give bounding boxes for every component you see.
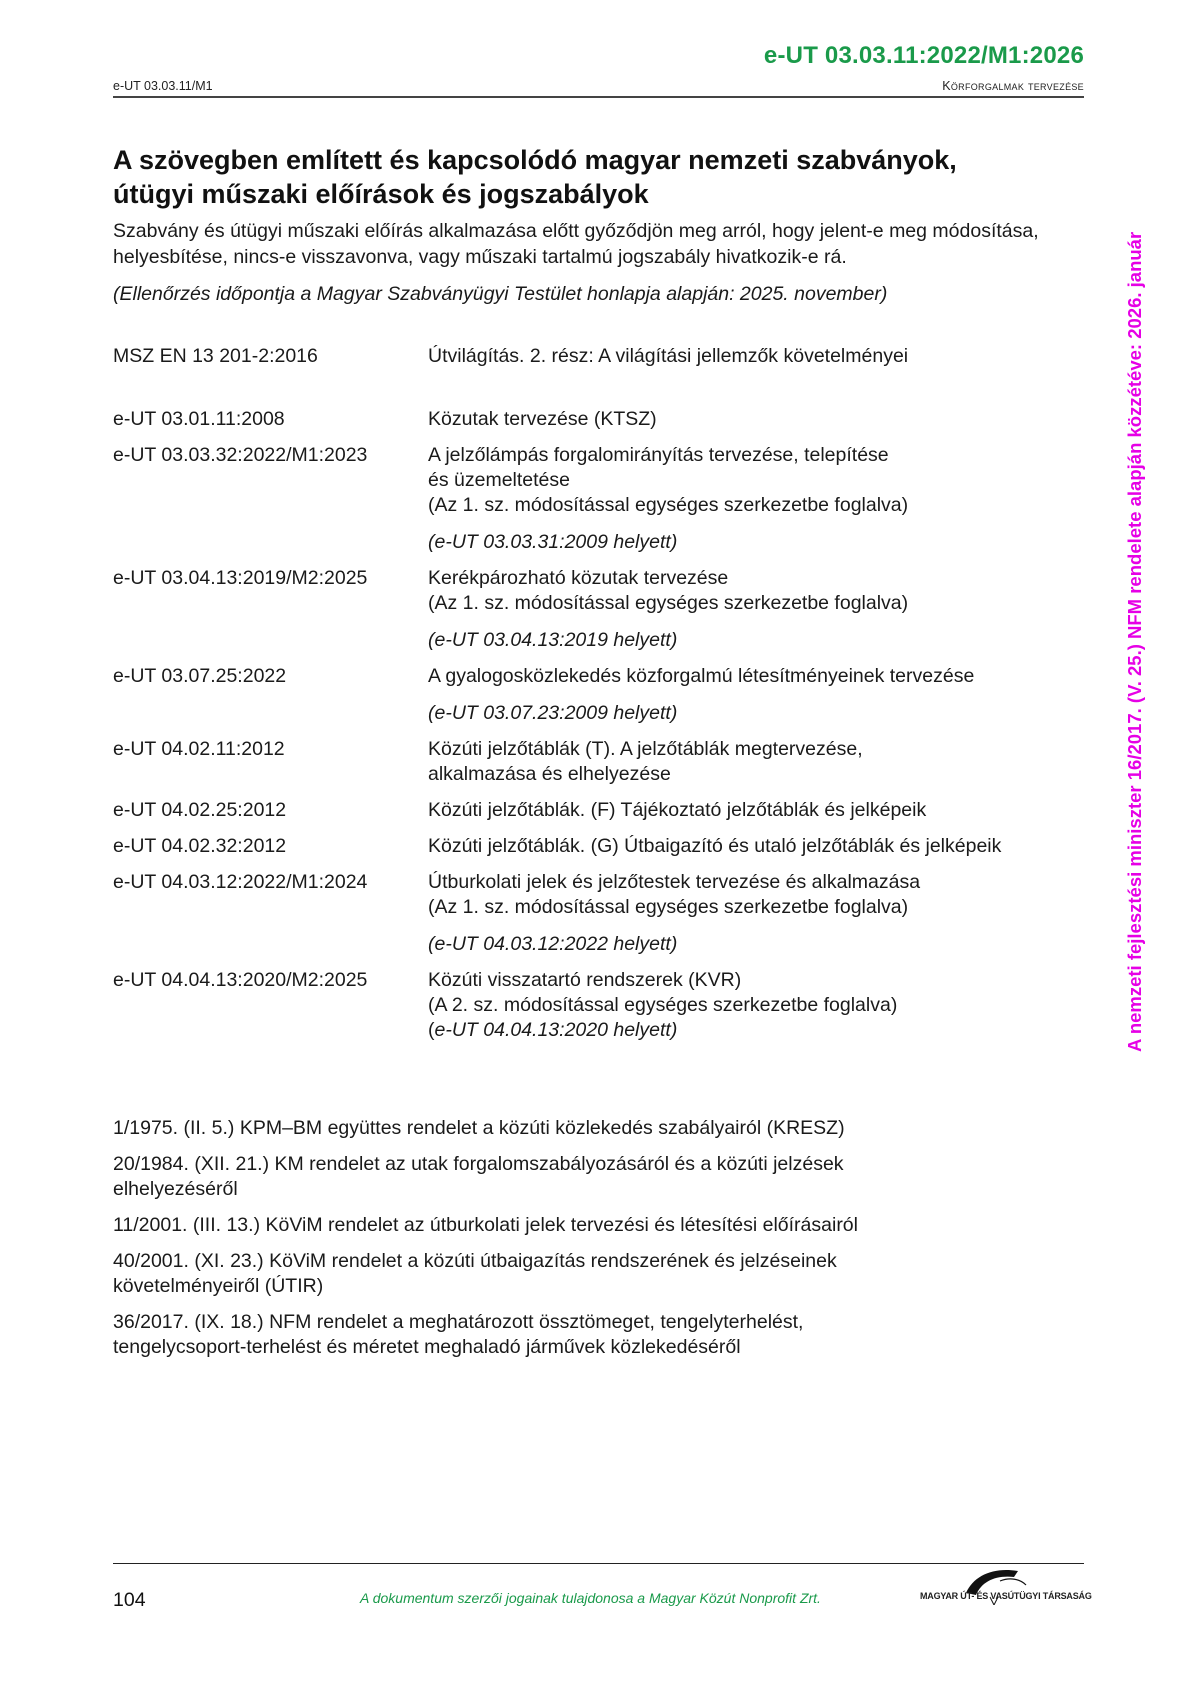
- standard-code: e-UT 04.02.32:2012: [113, 834, 428, 859]
- standard-description: Útburkolati jelek és jelzőtestek tervezé…: [428, 870, 1103, 957]
- standard-row: e-UT 03.07.25:2022 A gyalogosközlekedés …: [113, 664, 1103, 726]
- standard-code: e-UT 04.04.13:2020/M2:2025: [113, 968, 428, 1043]
- regulation-item: 40/2001. (XI. 23.) KöViM rendelet a közú…: [113, 1249, 903, 1299]
- regulation-item: 36/2017. (IX. 18.) NFM rendelet a meghat…: [113, 1310, 883, 1360]
- section-intro: Szabvány és útügyi műszaki előírás alkal…: [113, 218, 1088, 270]
- standard-replaces: (e-UT 03.04.13:2019 helyett): [428, 628, 1103, 653]
- standard-code: e-UT 04.02.25:2012: [113, 798, 428, 823]
- standard-row: e-UT 04.02.25:2012 Közúti jelzőtáblák. (…: [113, 798, 1103, 823]
- publication-side-note: A nemzeti fejlesztési miniszter 16/2017.…: [1124, 232, 1146, 1052]
- standard-note-line: (Az 1. sz. módosítással egységes szerkez…: [428, 591, 1103, 616]
- standard-title-line: A gyalogosközlekedés közforgalmú létesít…: [428, 664, 1103, 689]
- standard-row: e-UT 04.02.32:2012 Közúti jelzőtáblák. (…: [113, 834, 1103, 859]
- standard-note-line: (A 2. sz. módosítással egységes szerkeze…: [428, 993, 1103, 1018]
- standard-description: Közúti jelzőtáblák. (F) Tájékoztató jelz…: [428, 798, 1103, 823]
- copyright-notice: A dokumentum szerzői jogainak tulajdonos…: [360, 1590, 821, 1606]
- standard-description: Kerékpározható közutak tervezése (Az 1. …: [428, 566, 1103, 653]
- standard-title-line: Útvilágítás. 2. rész: A világítási jelle…: [428, 344, 1103, 369]
- header-right-label: Körforgalmak tervezése: [942, 79, 1084, 93]
- standard-description: Közúti jelzőtáblák (T). A jelzőtáblák me…: [428, 737, 1103, 787]
- check-date-note: (Ellenőrzés időpontja a Magyar Szabványü…: [113, 283, 1088, 306]
- standard-code: e-UT 03.04.13:2019/M2:2025: [113, 566, 428, 653]
- standard-replaces: (e-UT 04.04.13:2020 helyett): [428, 1018, 1103, 1043]
- regulation-item: 11/2001. (III. 13.) KöViM rendelet az út…: [113, 1213, 1013, 1238]
- footer-divider: [113, 1563, 1084, 1564]
- standard-title-line: Közúti visszatartó rendszerek (KVR): [428, 968, 1103, 993]
- standard-row: e-UT 04.03.12:2022/M1:2024 Útburkolati j…: [113, 870, 1103, 957]
- standard-row: MSZ EN 13 201-2:2016 Útvilágítás. 2. rés…: [113, 344, 1103, 369]
- standard-replaces: (e-UT 04.03.12:2022 helyett): [428, 932, 1103, 957]
- regulations-list: 1/1975. (II. 5.) KPM–BM együttes rendele…: [113, 1116, 1013, 1371]
- standard-title-line: Közúti jelzőtáblák. (F) Tájékoztató jelz…: [428, 798, 1103, 823]
- standard-code: e-UT 03.07.25:2022: [113, 664, 428, 726]
- standard-title-line: Útburkolati jelek és jelzőtestek tervezé…: [428, 870, 1103, 895]
- document-code: e-UT 03.03.11:2022/M1:2026: [764, 42, 1084, 70]
- standard-title-line: Kerékpározható közutak tervezése: [428, 566, 1103, 591]
- standard-code: e-UT 04.03.12:2022/M1:2024: [113, 870, 428, 957]
- society-logo: MAGYAR ÚT- ÉS VASÚTÜGYI TÁRSASÁG: [920, 1565, 1090, 1613]
- regulation-item: 20/1984. (XII. 21.) KM rendelet az utak …: [113, 1152, 903, 1202]
- standard-code: e-UT 03.01.11:2008: [113, 407, 428, 432]
- standard-row: e-UT 03.03.32:2022/M1:2023 A jelzőlámpás…: [113, 443, 1103, 555]
- page-number: 104: [113, 1589, 146, 1612]
- standard-title-line: Közúti jelzőtáblák (T). A jelzőtáblák me…: [428, 737, 1103, 762]
- standard-row: e-UT 04.04.13:2020/M2:2025 Közúti vissza…: [113, 968, 1103, 1043]
- standard-title-line: A jelzőlámpás forgalomirányítás tervezés…: [428, 443, 1103, 468]
- standard-description: A gyalogosközlekedés közforgalmú létesít…: [428, 664, 1103, 726]
- standard-replaces: (e-UT 03.03.31:2009 helyett): [428, 530, 1103, 555]
- standard-row: e-UT 03.04.13:2019/M2:2025 Kerékpározhat…: [113, 566, 1103, 653]
- header-divider: [113, 96, 1084, 98]
- standard-code: e-UT 04.02.11:2012: [113, 737, 428, 787]
- standard-title-line: Közutak tervezése (KTSZ): [428, 407, 1103, 432]
- standard-description: Közúti visszatartó rendszerek (KVR) (A 2…: [428, 968, 1103, 1043]
- standard-title-line: és üzemeltetése: [428, 468, 1103, 493]
- section-title: A szövegben említett és kapcsolódó magya…: [113, 143, 1013, 211]
- standard-title-line: alkalmazása és elhelyezése: [428, 762, 1103, 787]
- standard-note-line: (Az 1. sz. módosítással egységes szerkez…: [428, 895, 1103, 920]
- standard-row: e-UT 03.01.11:2008 Közutak tervezése (KT…: [113, 407, 1103, 432]
- standard-description: Közutak tervezése (KTSZ): [428, 407, 1103, 432]
- logo-text: MAGYAR ÚT- ÉS VASÚTÜGYI TÁRSASÁG: [920, 1591, 1092, 1601]
- standard-replaces: (e-UT 03.07.23:2009 helyett): [428, 701, 1103, 726]
- standard-code: MSZ EN 13 201-2:2016: [113, 344, 428, 369]
- standard-row: e-UT 04.02.11:2012 Közúti jelzőtáblák (T…: [113, 737, 1103, 787]
- standards-list: MSZ EN 13 201-2:2016 Útvilágítás. 2. rés…: [113, 344, 1103, 1043]
- regulation-item: 1/1975. (II. 5.) KPM–BM együttes rendele…: [113, 1116, 1013, 1141]
- standard-code: e-UT 03.03.32:2022/M1:2023: [113, 443, 428, 555]
- standard-note-line: (Az 1. sz. módosítással egységes szerkez…: [428, 493, 1103, 518]
- standard-title-line: Közúti jelzőtáblák. (G) Útbaigazító és u…: [428, 834, 1103, 859]
- replaces-text: e-UT 04.04.13:2020 helyett): [435, 1019, 678, 1041]
- header-left-label: e-UT 03.03.11/M1: [113, 79, 213, 93]
- standard-description: Útvilágítás. 2. rész: A világítási jelle…: [428, 344, 1103, 369]
- standard-description: A jelzőlámpás forgalomirányítás tervezés…: [428, 443, 1103, 555]
- standard-description: Közúti jelzőtáblák. (G) Útbaigazító és u…: [428, 834, 1103, 859]
